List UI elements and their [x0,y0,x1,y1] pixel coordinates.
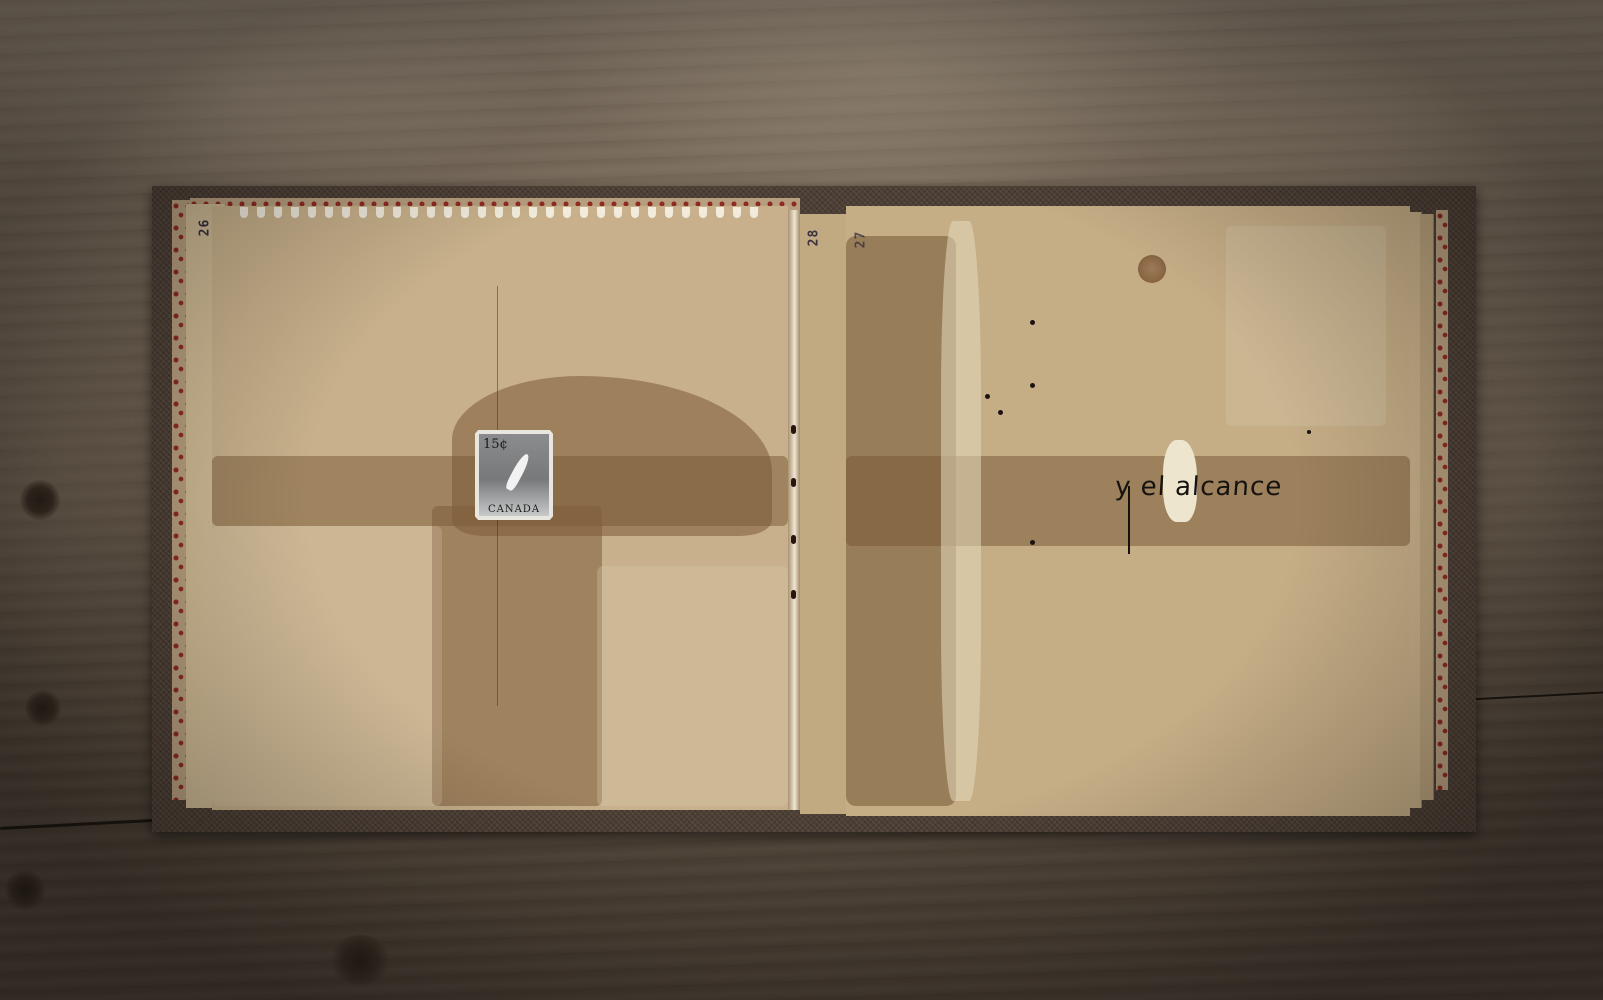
coffee-stain [432,506,602,806]
pale-wash [597,566,788,806]
ink-dot [985,394,990,399]
ink-dot [1307,430,1311,434]
page-stack-edge [1420,214,1434,800]
gannet-bird-icon [504,452,532,492]
stamp-country: CANADA [479,504,549,515]
canada-postage-stamp: 15¢ CANADA [475,430,553,520]
pale-wash [212,526,442,806]
pale-wash [1226,226,1386,426]
pale-wash [941,221,981,801]
wood-knot [20,480,60,520]
ink-dot [1030,540,1035,545]
binding-stitch [791,535,796,544]
page-number-right: 27 [853,231,868,249]
binding-stitch [791,478,796,487]
ink-dot [1030,320,1035,325]
binding-stitch [791,590,796,599]
right-endpaper [1436,210,1448,790]
page-number-left: 26 [197,219,212,237]
handwritten-text: y el alcance [1114,472,1283,502]
perforated-edge [240,207,780,221]
wood-knot [25,690,61,726]
ink-dot [998,410,1003,415]
wood-knot [5,870,45,910]
book-gutter [788,210,800,810]
stamp-value: 15¢ [483,437,508,452]
ink-dot [1030,383,1035,388]
binding-stitch [791,425,796,434]
page-number-gutter: 28 [806,229,821,247]
coffee-drop-stain [1138,255,1166,283]
wood-knot [330,935,390,985]
